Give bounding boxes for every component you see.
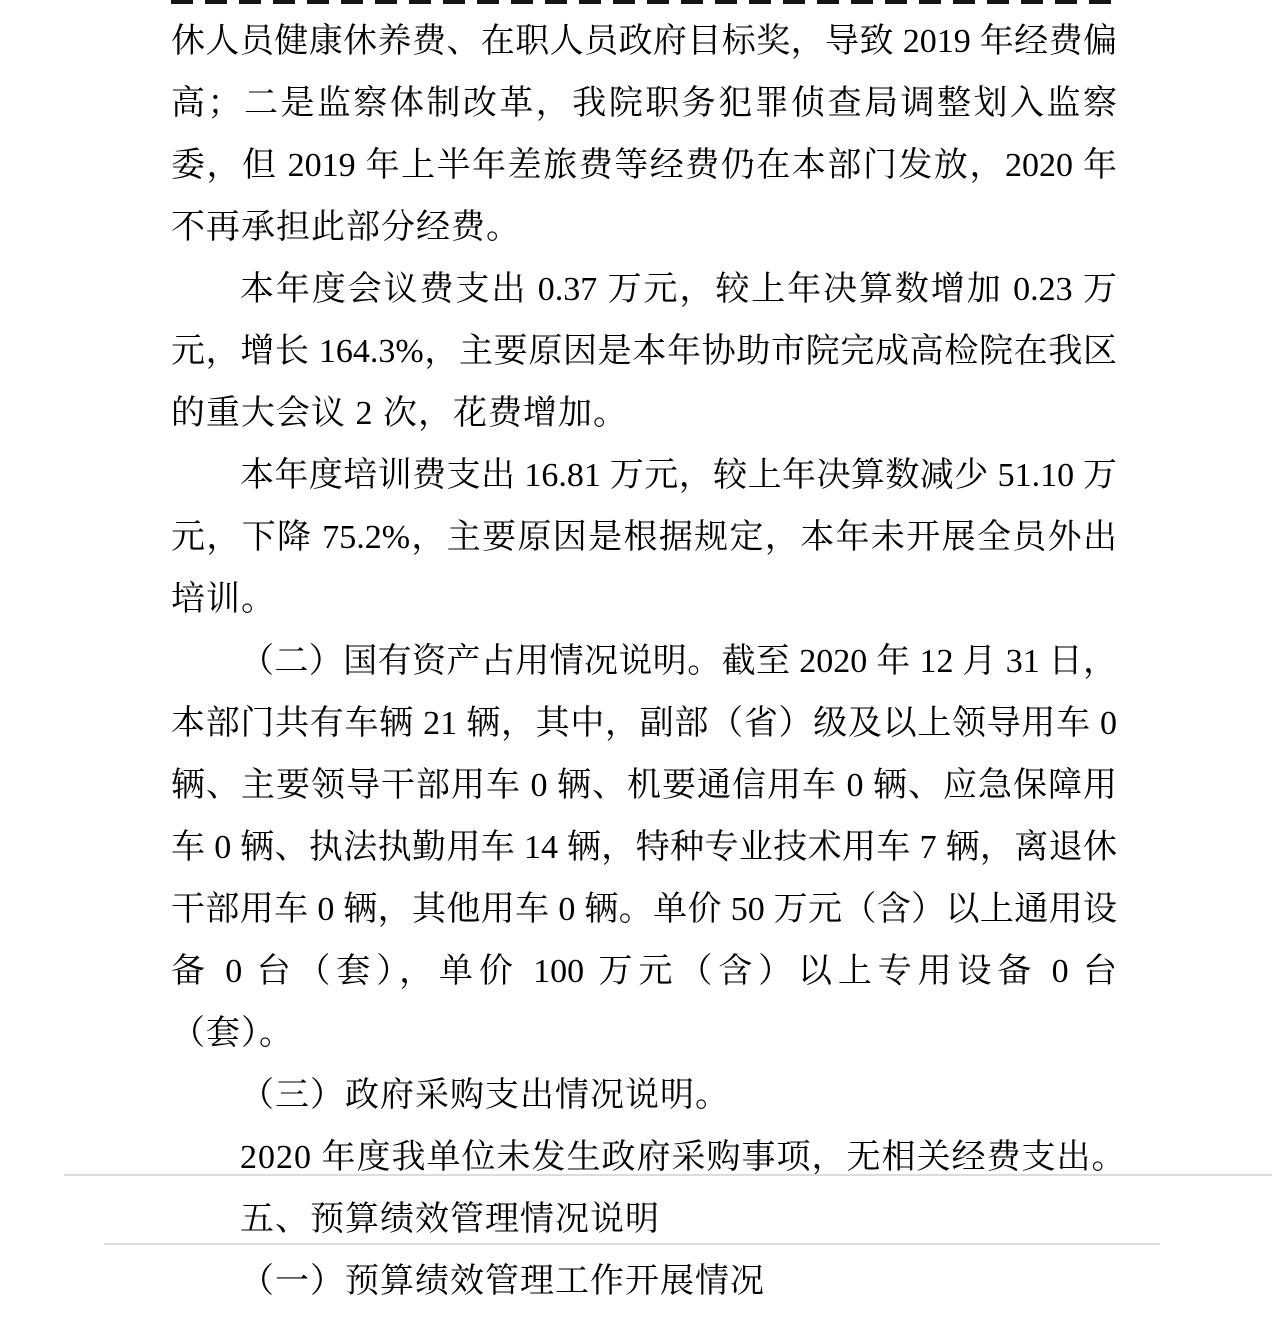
paragraph-meeting-fee: 本年度会议费支出 0.37 万元，较上年决算数增加 0.23 万 元，增长 16…	[171, 259, 1117, 445]
text-line: 休人员健康休养费、在职人员政府目标奖，导致 2019 年经费偏	[171, 11, 1117, 73]
text-line: 本部门共有车辆 21 辆，其中，副部（省）级及以上领导用车 0	[171, 693, 1117, 755]
text-line: 委，但 2019 年上半年差旅费等经费仍在本部门发放，2020 年	[171, 135, 1117, 197]
text-line: 高；二是监察体制改革，我院职务犯罪侦查局调整划入监察	[171, 73, 1117, 135]
text-line: 五、预算绩效管理情况说明	[171, 1189, 1117, 1251]
text-line: （三）政府采购支出情况说明。	[171, 1065, 1117, 1127]
text-line: 本年度培训费支出 16.81 万元，较上年决算数减少 51.10 万	[171, 445, 1117, 507]
text-line: 干部用车 0 辆，其他用车 0 辆。单价 50 万元（含）以上通用设	[171, 879, 1117, 941]
document-text-block: 休人员健康休养费、在职人员政府目标奖，导致 2019 年经费偏 高；二是监察体制…	[171, 11, 1117, 1313]
text-line: 辆、主要领导干部用车 0 辆、机要通信用车 0 辆、应急保障用	[171, 755, 1117, 817]
text-line: 的重大会议 2 次，花费增加。	[171, 383, 1117, 445]
text-line: 2020 年度我单位未发生政府采购事项，无相关经费支出。	[171, 1127, 1117, 1189]
paragraph-gov-procurement-heading: （三）政府采购支出情况说明。	[171, 1065, 1117, 1127]
paragraph-state-owned-assets: （二）国有资产占用情况说明。截至 2020 年 12 月 31 日， 本部门共有…	[171, 631, 1117, 1065]
text-line: 车 0 辆、执法执勤用车 14 辆，特种专业技术用车 7 辆，离退休	[171, 817, 1117, 879]
text-line: 不再承担此部分经费。	[171, 197, 1117, 259]
paragraph-gov-procurement-note: 2020 年度我单位未发生政府采购事项，无相关经费支出。	[171, 1127, 1117, 1189]
text-line: （一）预算绩效管理工作开展情况	[171, 1251, 1117, 1313]
heading-section-five: 五、预算绩效管理情况说明	[171, 1189, 1117, 1251]
text-line: 备 0 台（套），单价 100 万元（含）以上专用设备 0 台	[171, 941, 1117, 1003]
text-line: 元，增长 164.3%，主要原因是本年协助市院完成高检院在我区	[171, 321, 1117, 383]
text-line: （二）国有资产占用情况说明。截至 2020 年 12 月 31 日，	[171, 631, 1117, 693]
heading-subsection-one: （一）预算绩效管理工作开展情况	[171, 1251, 1117, 1313]
document-page: 休人员健康休养费、在职人员政府目标奖，导致 2019 年经费偏 高；二是监察体制…	[0, 0, 1272, 1323]
text-line: （套）。	[171, 1003, 1117, 1065]
text-line: 本年度会议费支出 0.37 万元，较上年决算数增加 0.23 万	[171, 259, 1117, 321]
clipped-previous-line	[171, 0, 1117, 4]
text-line: 培训。	[171, 569, 1117, 631]
paragraph-training-fee: 本年度培训费支出 16.81 万元，较上年决算数减少 51.10 万 元，下降 …	[171, 445, 1117, 631]
paragraph-expense-explanation-continued: 休人员健康休养费、在职人员政府目标奖，导致 2019 年经费偏 高；二是监察体制…	[171, 11, 1117, 259]
render-artifact-line	[104, 1243, 1160, 1245]
text-line: 元，下降 75.2%，主要原因是根据规定，本年未开展全员外出	[171, 507, 1117, 569]
render-artifact-line	[64, 1174, 1272, 1176]
